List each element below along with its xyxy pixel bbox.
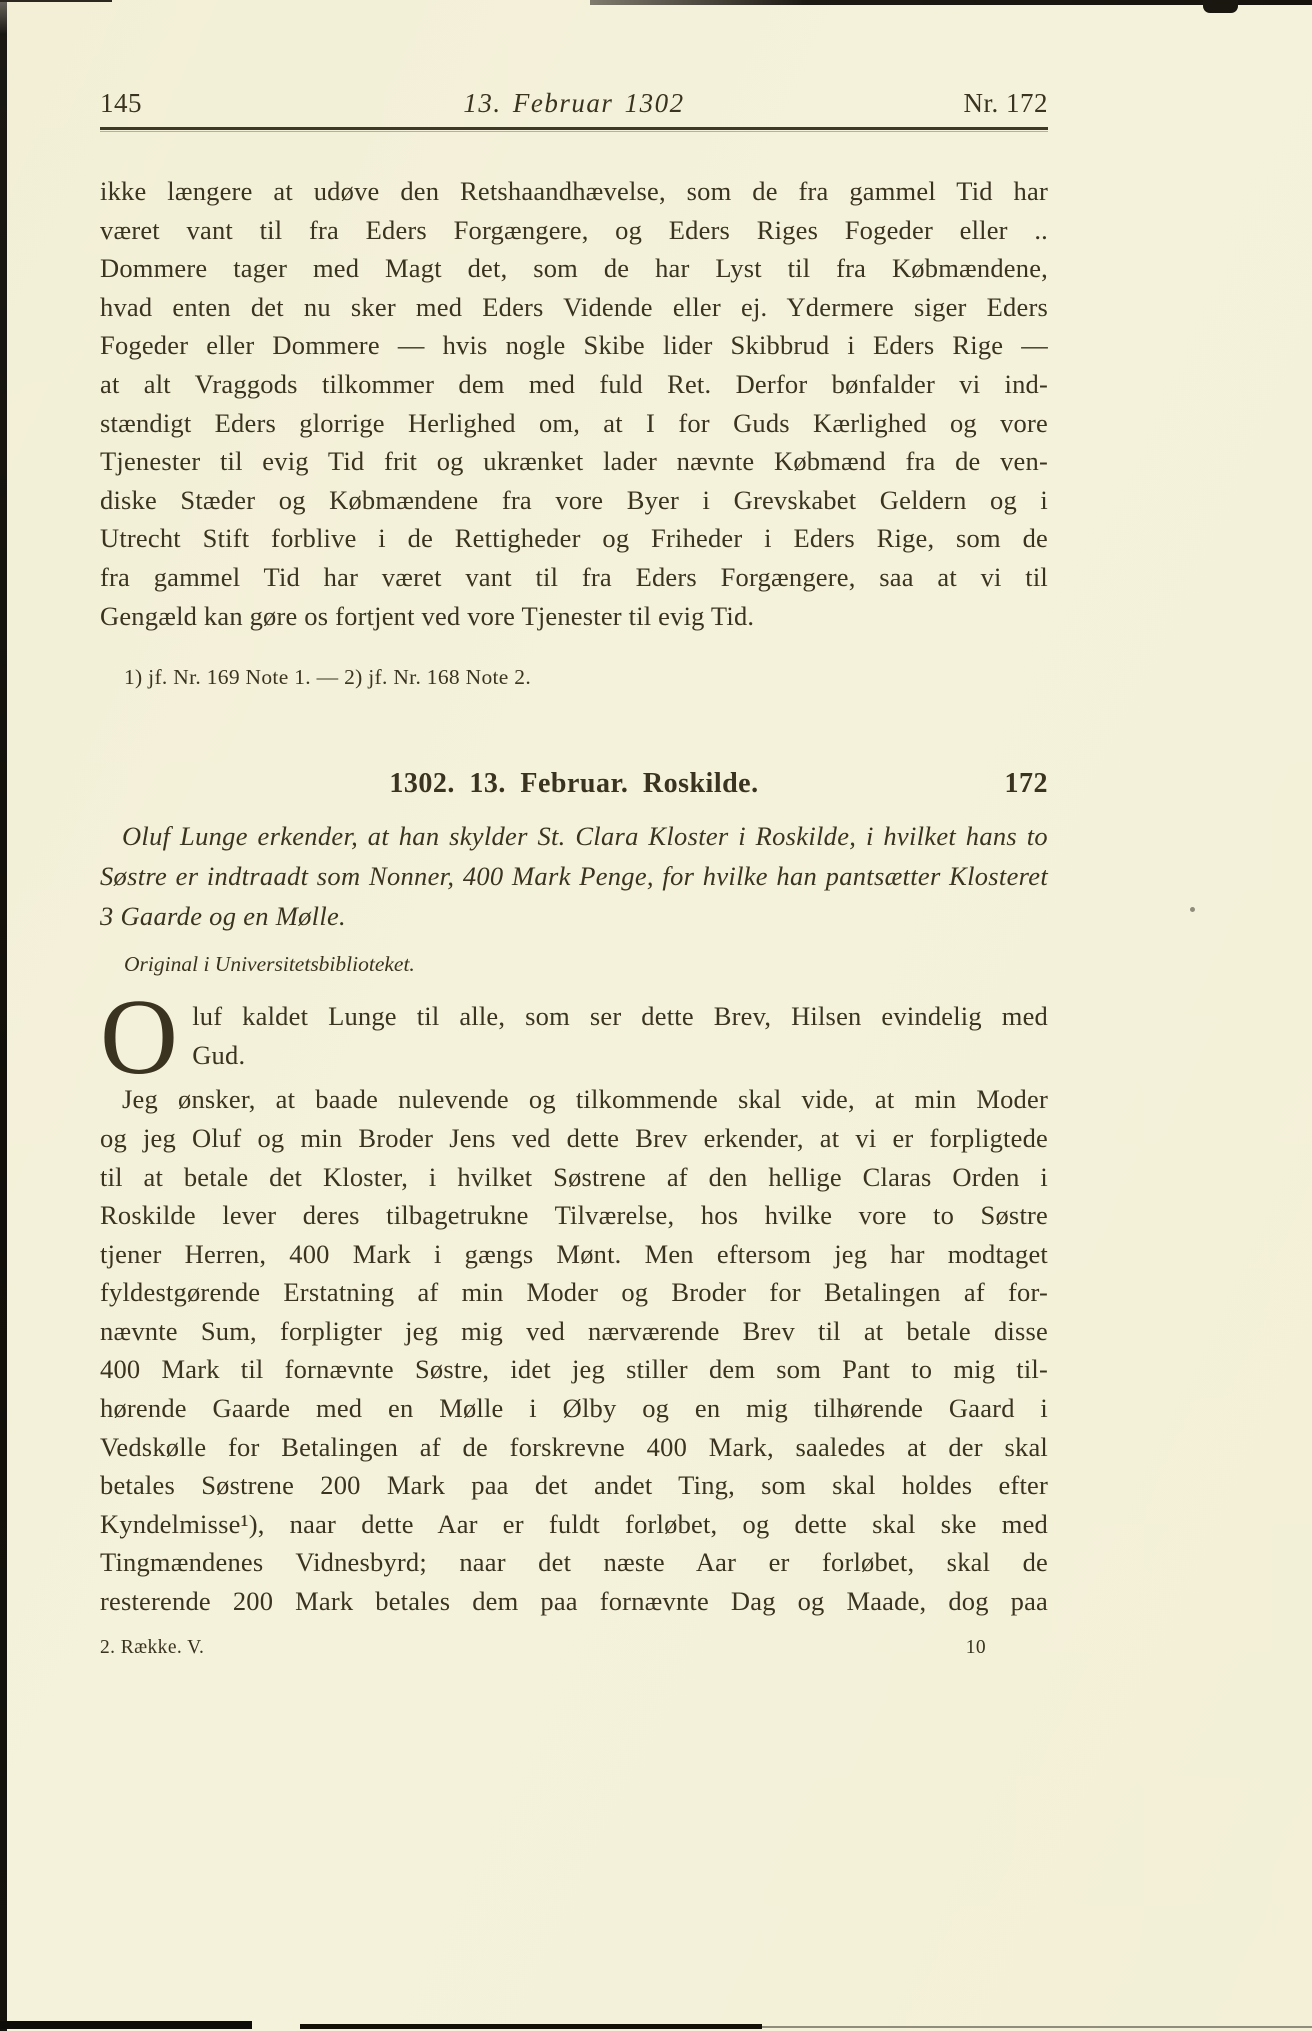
text-column: 145 13. Februar 1302 Nr. 172 ikke længer…: [100, 0, 1048, 1659]
body-line: og jeg Oluf og min Broder Jens ved dette…: [100, 1119, 1048, 1158]
entry-summary: Oluf Lunge erkender, at han skylder St. …: [100, 816, 1048, 936]
header-rule: [100, 127, 1048, 132]
body-line: fyldestgørende Erstatning af min Moder o…: [100, 1273, 1048, 1312]
scan-edge-bottom-left: [0, 2021, 252, 2029]
text-line: diske Stæder og Købmændene fra vore Byer…: [100, 481, 1048, 520]
text-line: at alt Vraggods tilkommer dem med fuld R…: [100, 365, 1048, 404]
body-line: til at betale det Kloster, i hvilket Søs…: [100, 1158, 1048, 1197]
scan-edge-left: [0, 0, 7, 2031]
text-line: hvad enten det nu sker med Eders Vidende…: [100, 288, 1048, 327]
body-line: Kyndelmisse¹), naar dette Aar er fuldt f…: [100, 1505, 1048, 1544]
page-header: 145 13. Februar 1302 Nr. 172: [100, 88, 1048, 119]
text-line: Gengæld kan gøre os fortjent ved vore Tj…: [100, 597, 1048, 636]
footnote-line: 1) jf. Nr. 169 Note 1. — 2) jf. Nr. 168 …: [100, 665, 1048, 690]
text-line: fra gammel Tid har været vant til fra Ed…: [100, 558, 1048, 597]
scan-edge-top-left: [0, 0, 112, 2]
scan-edge-top-blob: [1203, 0, 1238, 13]
body-line: Jeg ønsker, at baade nulevende og tilkom…: [100, 1080, 1048, 1119]
source-note: Original i Universitetsbiblioteket.: [100, 952, 1048, 977]
body-line: resterende 200 Mark betales dem paa forn…: [100, 1582, 1048, 1621]
text-line: Tjenester til evig Tid frit og ukrænket …: [100, 442, 1048, 481]
header-running-title: 13. Februar 1302: [250, 88, 898, 119]
text-line: stændigt Eders glorrige Herlighed om, at…: [100, 404, 1048, 443]
header-page-number: 145: [100, 88, 250, 119]
header-entry-ref: Nr. 172: [898, 88, 1048, 119]
paper-speck: [1190, 907, 1195, 912]
body-line: Vedskølle for Betalingen af de forskrevn…: [100, 1428, 1048, 1467]
previous-entry-text: ikke længere at udøve den Retshaandhævel…: [100, 172, 1048, 635]
body-line: 400 Mark til fornævnte Søstre, idet jeg …: [100, 1350, 1048, 1389]
opening-paragraph: O luf kaldet Lunge til alle, som ser det…: [100, 997, 1048, 1074]
body-line: Tingmændenes Vidnesbyrd; naar det næste …: [100, 1543, 1048, 1582]
text-line: Fogeder eller Dommere — hvis nogle Skibe…: [100, 326, 1048, 365]
text-line: ikke længere at udøve den Retshaandhævel…: [100, 172, 1048, 211]
entry-heading-row: 1302. 13. Februar. Roskilde. 172: [100, 768, 1048, 800]
footer-sheet-number: 10: [966, 1637, 1048, 1659]
scan-edge-bottom-middle: [300, 2024, 762, 2029]
summary-line: 3 Gaarde og en Mølle.: [100, 896, 1048, 936]
scanned-book-page: 145 13. Februar 1302 Nr. 172 ikke længer…: [0, 0, 1312, 2031]
summary-line: Oluf Lunge erkender, at han skylder St. …: [100, 816, 1048, 856]
footer-series: 2. Række. V.: [100, 1637, 204, 1659]
entry-heading: 1302. 13. Februar. Roskilde.: [389, 768, 758, 799]
text-line: Dommere tager med Magt det, som de har L…: [100, 249, 1048, 288]
entry-number: 172: [1005, 768, 1049, 800]
body-line: nævnte Sum, forpligter jeg mig ved nærvæ…: [100, 1312, 1048, 1351]
body-line: betales Søstrene 200 Mark paa det andet …: [100, 1466, 1048, 1505]
drop-cap-initial: O: [100, 997, 192, 1076]
body-line: tjener Herren, 400 Mark i gængs Mønt. Me…: [100, 1235, 1048, 1274]
text-line: Utrecht Stift forblive i de Rettigheder …: [100, 519, 1048, 558]
body-line: hørende Gaarde med en Mølle i Ølby og en…: [100, 1389, 1048, 1428]
scan-edge-bottom-right: [760, 2026, 1312, 2028]
opening-line: Gud.: [100, 1036, 1048, 1075]
body-line: Roskilde lever deres tilbagetrukne Tilvæ…: [100, 1196, 1048, 1235]
text-line: været vant til fra Eders Forgængere, og …: [100, 211, 1048, 250]
body-paragraph: Jeg ønsker, at baade nulevende og tilkom…: [100, 1080, 1048, 1620]
page-footer: 2. Række. V. 10: [100, 1637, 1048, 1659]
opening-line: luf kaldet Lunge til alle, som ser dette…: [100, 997, 1048, 1036]
summary-line: Søstre er indtraadt som Nonner, 400 Mark…: [100, 856, 1048, 896]
